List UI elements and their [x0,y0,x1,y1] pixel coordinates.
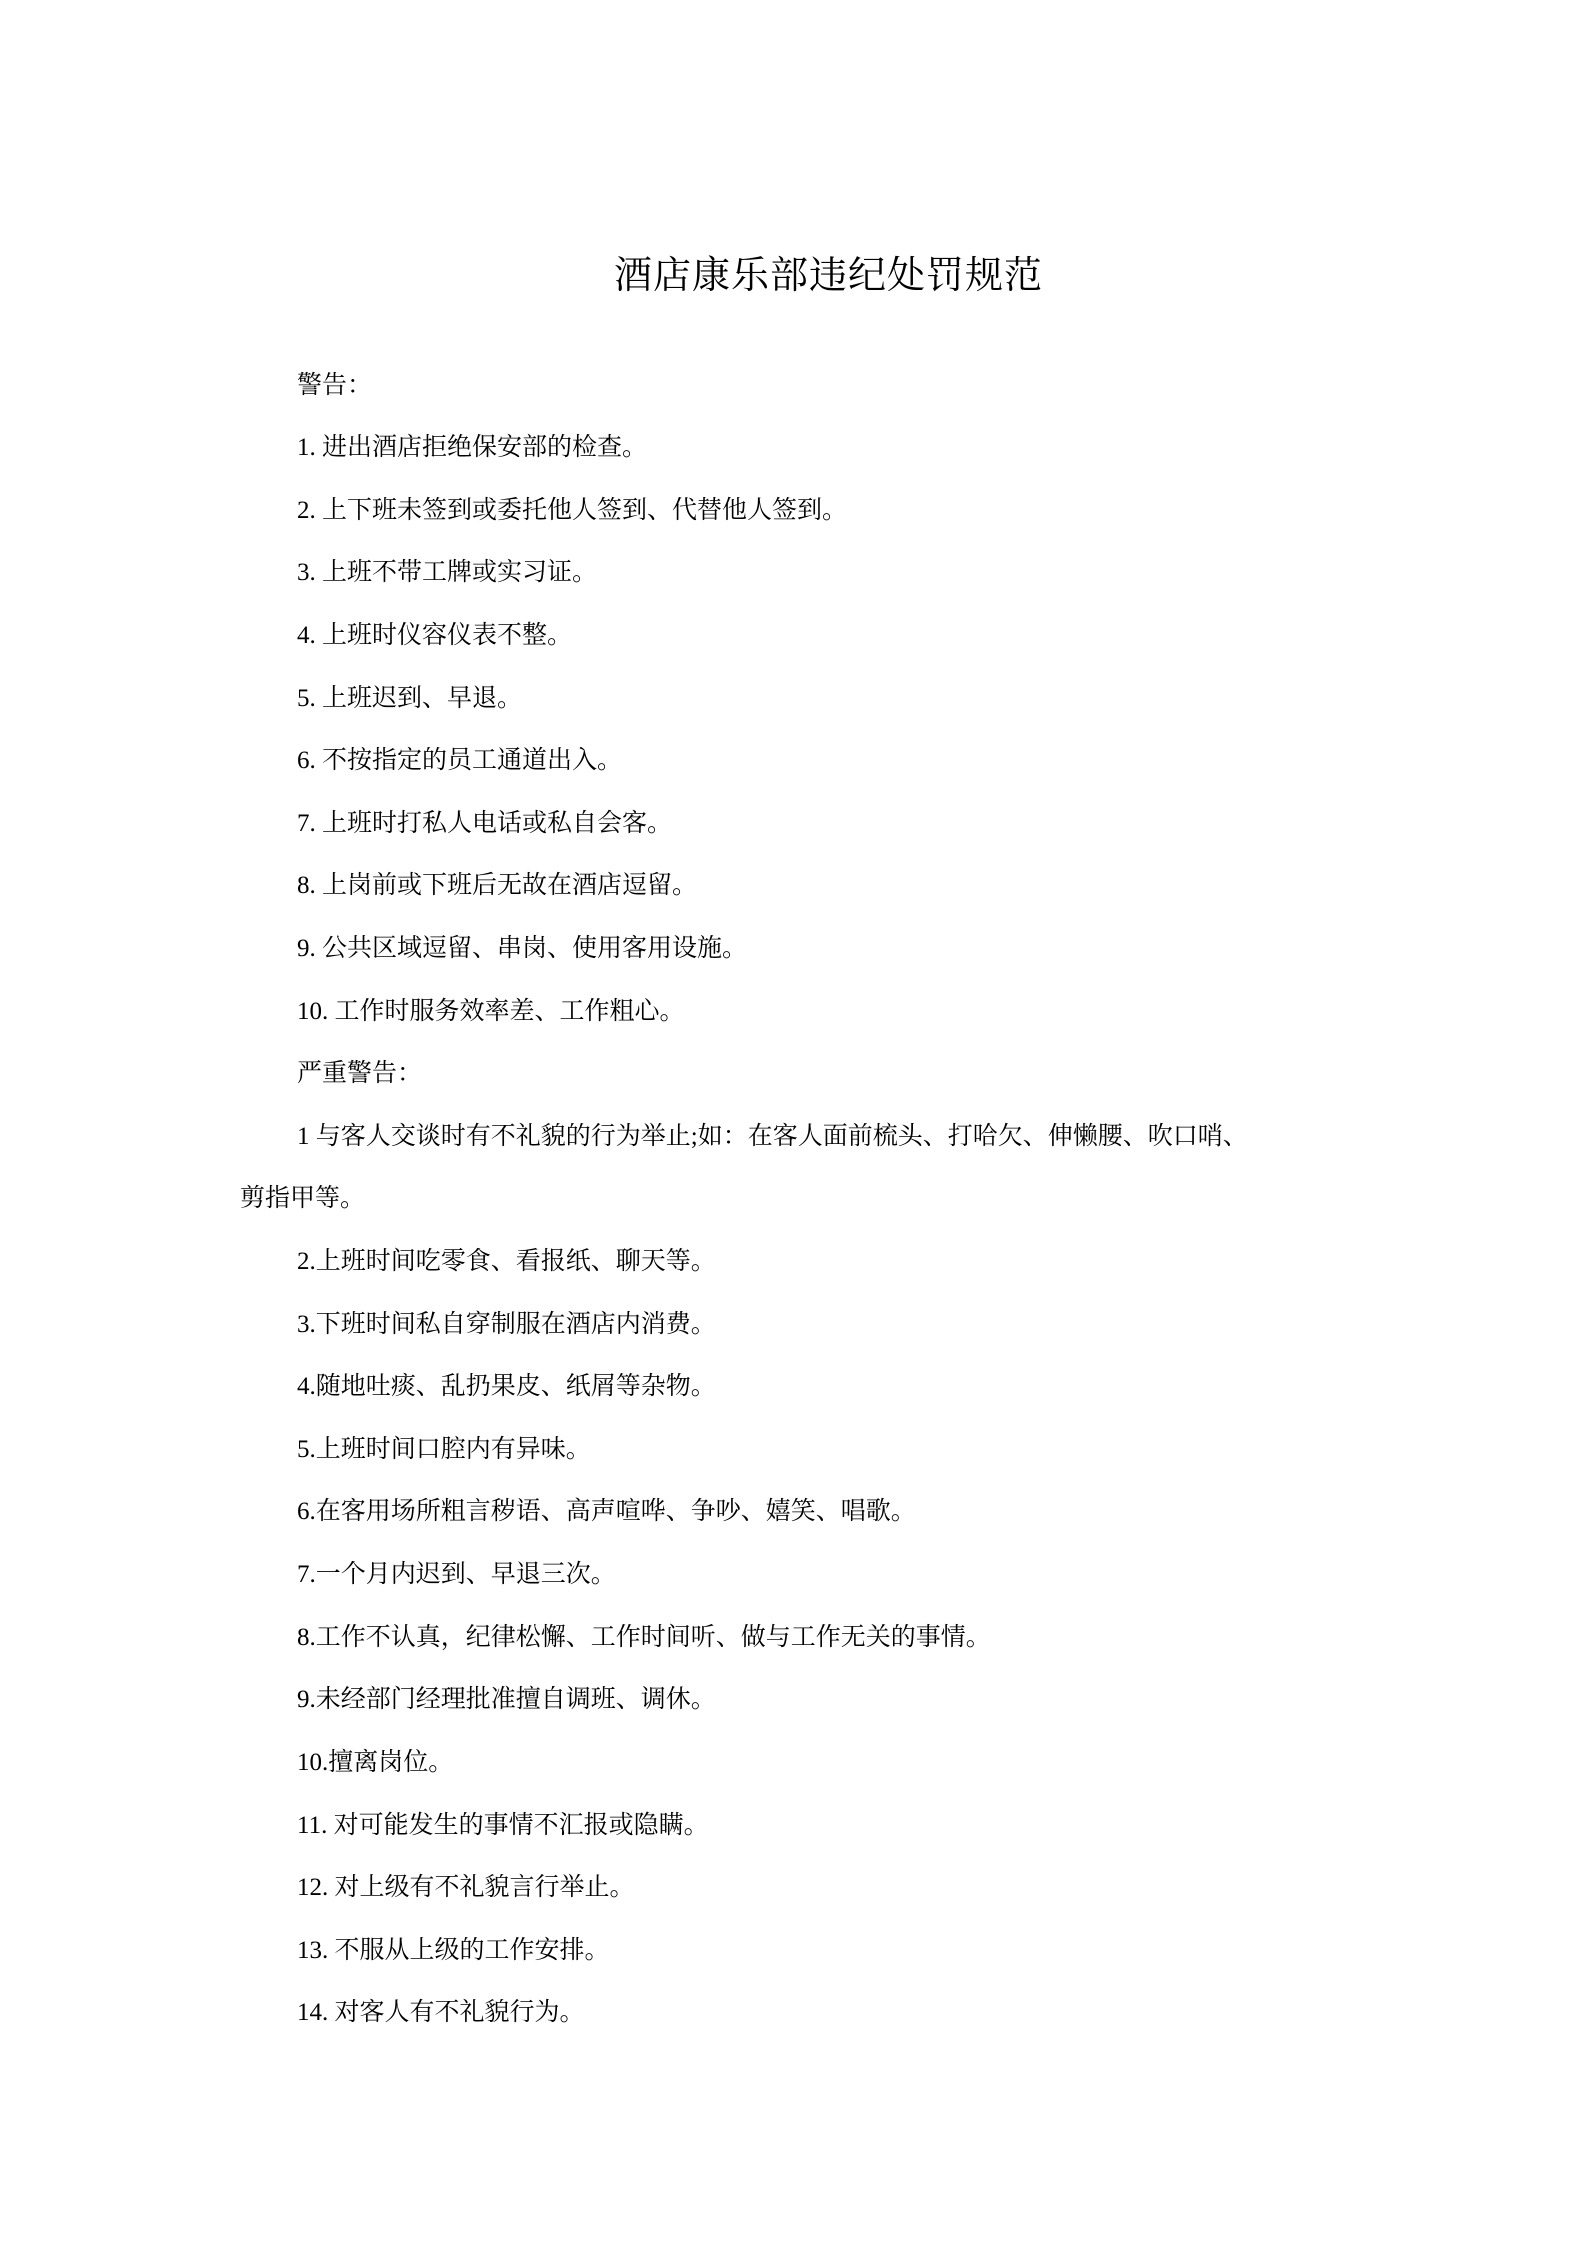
list-item: 9. 公共区域逗留、串岗、使用客用设施。 [297,931,747,967]
list-item: 9.未经部门经理批准擅自调班、调休。 [297,1682,716,1718]
list-item: 7. 上班时打私人电话或私自会客。 [297,806,672,842]
section-heading-warning: 警告： [297,368,372,404]
list-item: 2.上班时间吃零食、看报纸、聊天等。 [297,1244,716,1280]
list-item: 5.上班时间口腔内有异味。 [297,1432,591,1468]
list-item: 4. 上班时仪容仪表不整。 [297,618,572,654]
list-item: 8.工作不认真，纪律松懈、工作时间听、做与工作无关的事情。 [297,1620,991,1656]
list-item: 6. 不按指定的员工通道出入。 [297,743,622,779]
list-item: 6.在客用场所粗言秽语、高声喧哗、争吵、嬉笑、唱歌。 [297,1494,916,1530]
list-item: 13. 不服从上级的工作安排。 [297,1933,610,1969]
list-item: 7.一个月内迟到、早退三次。 [297,1557,616,1593]
list-item: 1. 进出酒店拒绝保安部的检查。 [297,430,647,466]
list-item: 8. 上岗前或下班后无故在酒店逗留。 [297,868,697,904]
list-item: 3. 上班不带工牌或实习证。 [297,555,597,591]
list-item: 2. 上下班未签到或委托他人签到、代替他人签到。 [297,493,847,529]
list-item: 12. 对上级有不礼貌言行举止。 [297,1870,635,1906]
page-title: 酒店康乐部违纪处罚规范 [0,250,1587,300]
list-item: 10.擅离岗位。 [297,1745,453,1781]
document-page: 酒店康乐部违纪处罚规范 警告： 1. 进出酒店拒绝保安部的检查。 2. 上下班未… [0,0,1587,2245]
list-item: 11. 对可能发生的事情不汇报或隐瞒。 [297,1808,709,1844]
list-item: 5. 上班迟到、早退。 [297,681,522,717]
list-item: 4.随地吐痰、乱扔果皮、纸屑等杂物。 [297,1369,716,1405]
list-item: 14. 对客人有不礼貌行为。 [297,1995,585,2031]
list-item: 10. 工作时服务效率差、工作粗心。 [297,994,685,1030]
section-heading-serious-warning: 严重警告： [297,1056,422,1092]
list-item: 3.下班时间私自穿制服在酒店内消费。 [297,1307,716,1343]
list-item: 1 与客人交谈时有不礼貌的行为举止;如：在客人面前梳头、打哈欠、伸懒腰、吹口哨、 [297,1119,1248,1155]
list-item-continuation: 剪指甲等。 [240,1181,365,1217]
